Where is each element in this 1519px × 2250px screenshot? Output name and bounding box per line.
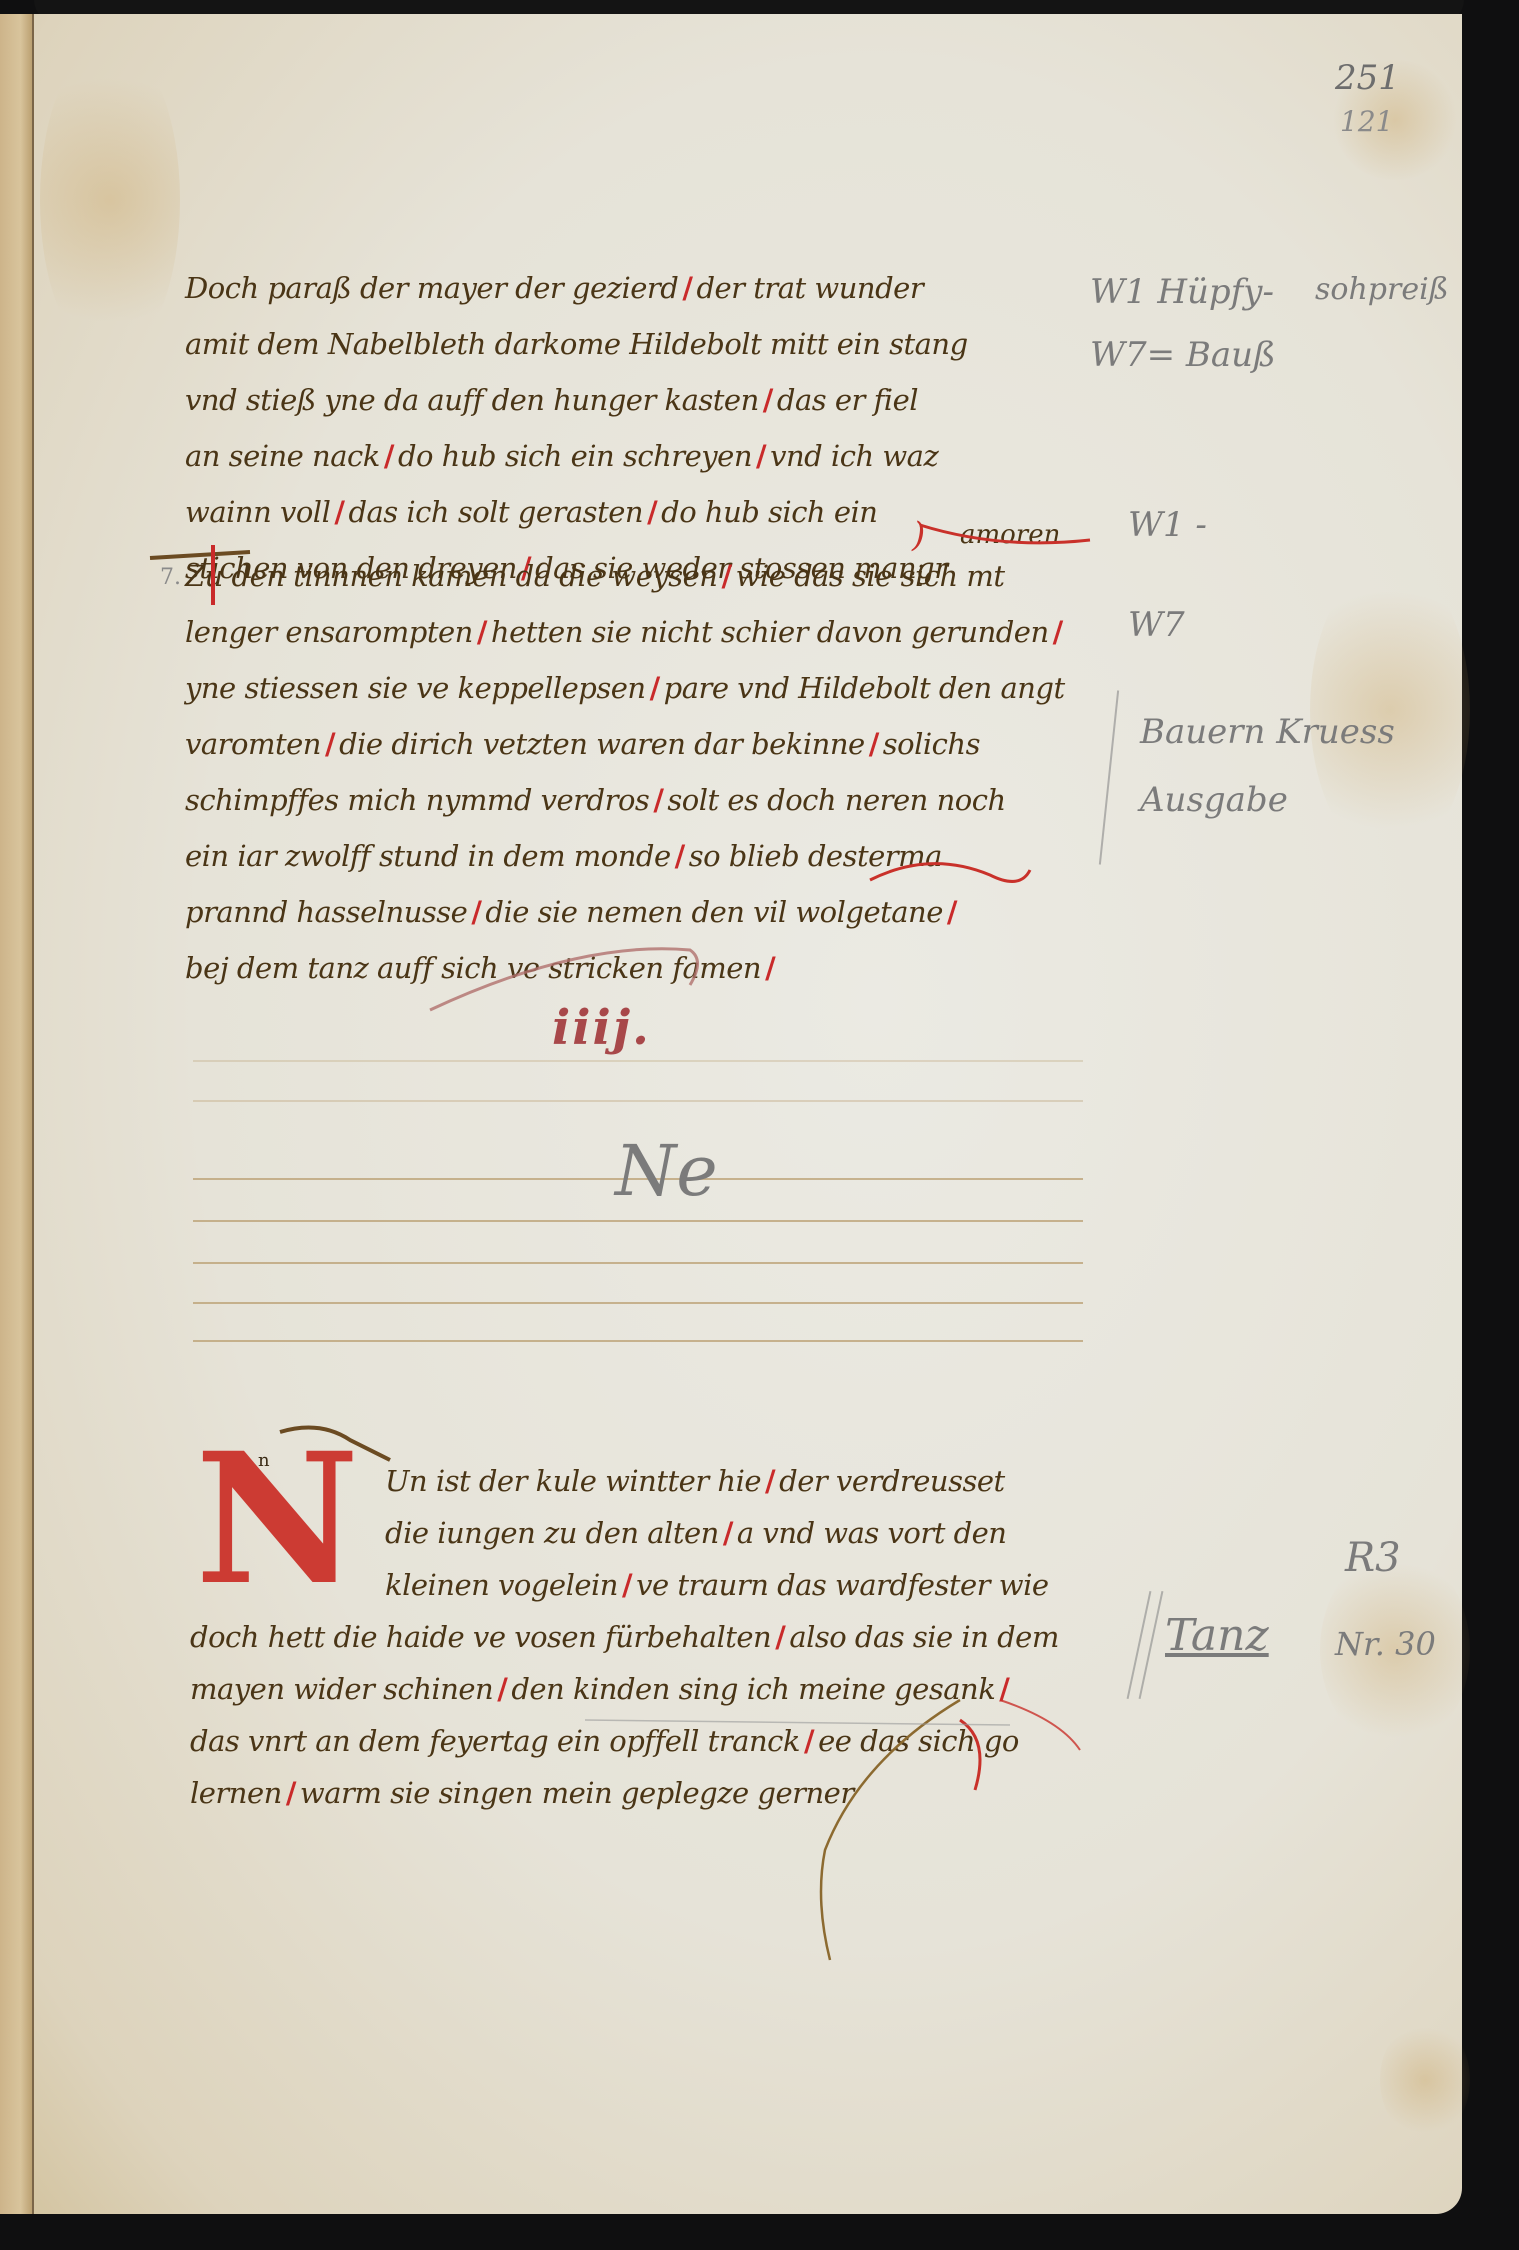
facing-page-edge: [0, 14, 34, 2214]
margin-note: W7= Bauß: [1090, 335, 1276, 375]
text-line: kleinen vogelein/ve traurn das wardfeste…: [385, 1559, 1105, 1611]
text-line: wainn voll/das ich solt gerasten/do hub …: [185, 484, 1085, 540]
text-line: vnd stieß yne da auff den hunger kasten/…: [185, 372, 1085, 428]
chapter-numeral: iiij.: [552, 1000, 651, 1056]
rubric-word: amoren: [960, 520, 1060, 550]
text-line: Doch paraß der mayer der gezierd/der tra…: [185, 260, 1085, 316]
text-line: varomten/die dirich vetzten waren dar be…: [185, 716, 1085, 772]
text-line: lenger ensarompten/hetten sie nicht schi…: [185, 604, 1085, 660]
margin-note: W1 -: [1128, 505, 1207, 545]
text-line: doch hett die haide ve vosen fürbehalten…: [190, 1611, 1105, 1663]
text-line: prannd hasselnusse/die sie nemen den vil…: [185, 884, 1085, 940]
text-line: amit dem Nabelbleth darkome Hildebolt mi…: [185, 316, 1085, 372]
text-block-2: Zu den tinnnen kamen da die weysen/wie d…: [185, 548, 1085, 996]
ruled-line: [193, 1262, 1083, 1264]
margin-note: sohpreiß: [1315, 272, 1449, 307]
margin-note: W7: [1128, 605, 1185, 645]
margin-note: Ausgabe: [1140, 780, 1288, 820]
margin-note: W1 Hüpfy-: [1090, 272, 1274, 312]
ruled-line: [193, 1302, 1083, 1304]
pencil-note-center: Ne: [615, 1130, 718, 1212]
ruled-line: [193, 1220, 1083, 1222]
line-number: 7.: [160, 565, 181, 590]
foxing-stain: [40, 40, 180, 360]
text-line: an seine nack/do hub sich ein schreyen/v…: [185, 428, 1085, 484]
text-line: yne stiessen sie ve keppellepsen/pare vn…: [185, 660, 1085, 716]
text-block-1: Doch paraß der mayer der gezierd/der tra…: [185, 260, 1085, 596]
text-line: lernen/warm sie singen mein geplegze ger…: [190, 1767, 1105, 1819]
foxing-stain: [1310, 560, 1470, 860]
text-line: schimpffes mich nymmd verdros/solt es do…: [185, 772, 1085, 828]
margin-note: R3: [1345, 1535, 1401, 1581]
text-line: mayen wider schinen/den kinden sing ich …: [190, 1663, 1105, 1715]
guide-letter: n: [258, 1450, 270, 1471]
foxing-stain: [1380, 2020, 1470, 2140]
ruled-line: [193, 1060, 1083, 1062]
folio-number: 251: [1335, 58, 1400, 98]
text-line: das vnrt an dem feyertag ein opffell tra…: [190, 1715, 1105, 1767]
margin-note: Bauern Kruess: [1140, 712, 1395, 752]
decorated-initial: N: [195, 1445, 365, 1595]
folio-sub-number: 121: [1340, 105, 1393, 138]
text-line: bej dem tanz auff sich ve stricken famen…: [185, 940, 1085, 996]
text-line: Zu den tinnnen kamen da die weysen/wie d…: [185, 548, 1085, 604]
text-line: Un ist der kule wintter hie/der verdreus…: [385, 1455, 1105, 1507]
text-block-3: Un ist der kule wintter hie/der verdreus…: [385, 1455, 1105, 1819]
text-line: ein iar zwolff stund in dem monde/so bli…: [185, 828, 1085, 884]
ruled-line: [193, 1100, 1083, 1102]
text-line: die iungen zu den alten/a vnd was vort d…: [385, 1507, 1105, 1559]
ruled-line: [193, 1340, 1083, 1342]
margin-note: Nr. 30: [1335, 1625, 1436, 1663]
margin-note: Tanz: [1165, 1610, 1269, 1661]
gutter-fold: [32, 14, 34, 2214]
